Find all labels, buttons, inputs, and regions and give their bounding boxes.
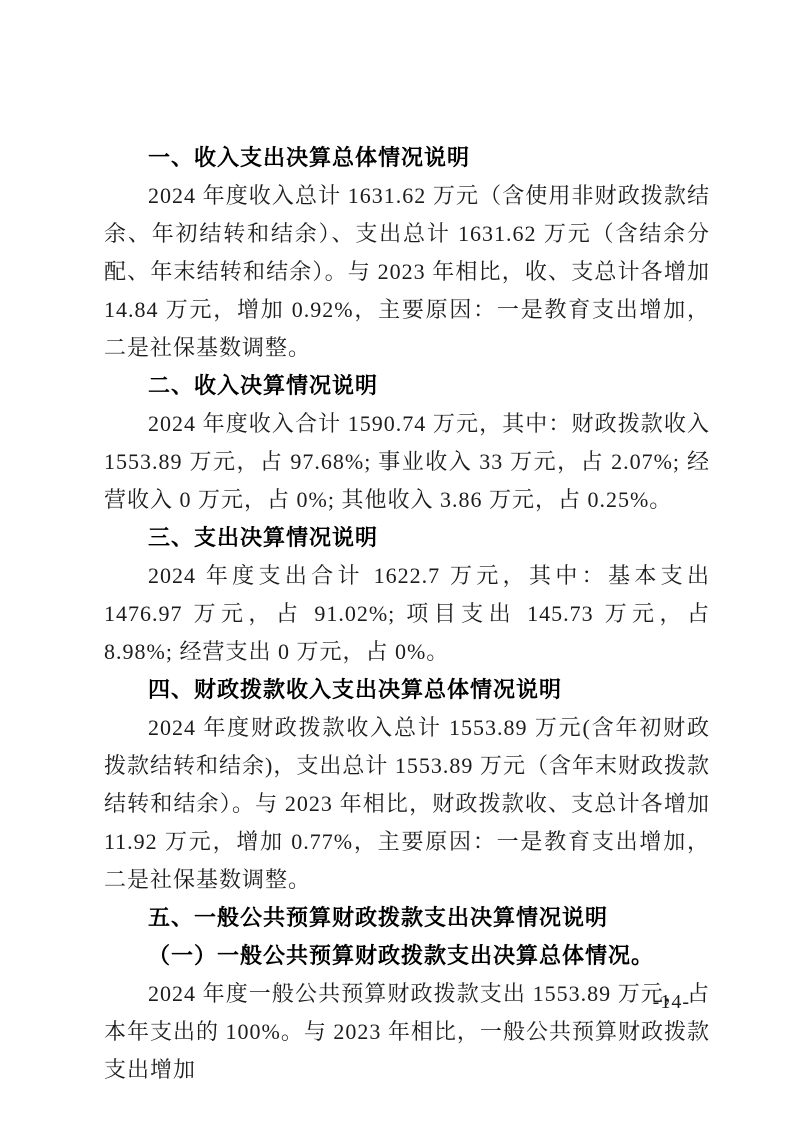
section-heading: 五、一般公共预算财政拨款支出决算情况说明 — [104, 899, 710, 937]
paragraph: 2024 年度财政拨款收入总计 1553.89 万元(含年初财政拨款结转和结余)… — [104, 709, 710, 899]
paragraph: 2024 年度收入总计 1631.62 万元（含使用非财政拨款结余、年初结转和结… — [104, 177, 710, 367]
section-heading: 一、收入支出决算总体情况说明 — [104, 139, 710, 177]
document-body: 一、收入支出决算总体情况说明2024 年度收入总计 1631.62 万元（含使用… — [104, 139, 710, 1089]
section-heading: 二、收入决算情况说明 — [104, 367, 710, 405]
paragraph: 2024 年度支出合计 1622.7 万元，其中：基本支出 1476.97 万元… — [104, 557, 710, 671]
page-number: -14- — [653, 991, 690, 1014]
paragraph: 2024 年度收入合计 1590.74 万元，其中：财政拨款收入 1553.89… — [104, 405, 710, 519]
section-heading: 四、财政拨款收入支出决算总体情况说明 — [104, 671, 710, 709]
section-heading: 三、支出决算情况说明 — [104, 519, 710, 557]
document-page: 一、收入支出决算总体情况说明2024 年度收入总计 1631.62 万元（含使用… — [0, 0, 793, 1122]
section-subheading: （一）一般公共预算财政拨款支出决算总体情况。 — [104, 937, 710, 975]
paragraph: 2024 年度一般公共预算财政拨款支出 1553.89 万元，占本年支出的 10… — [104, 975, 710, 1089]
